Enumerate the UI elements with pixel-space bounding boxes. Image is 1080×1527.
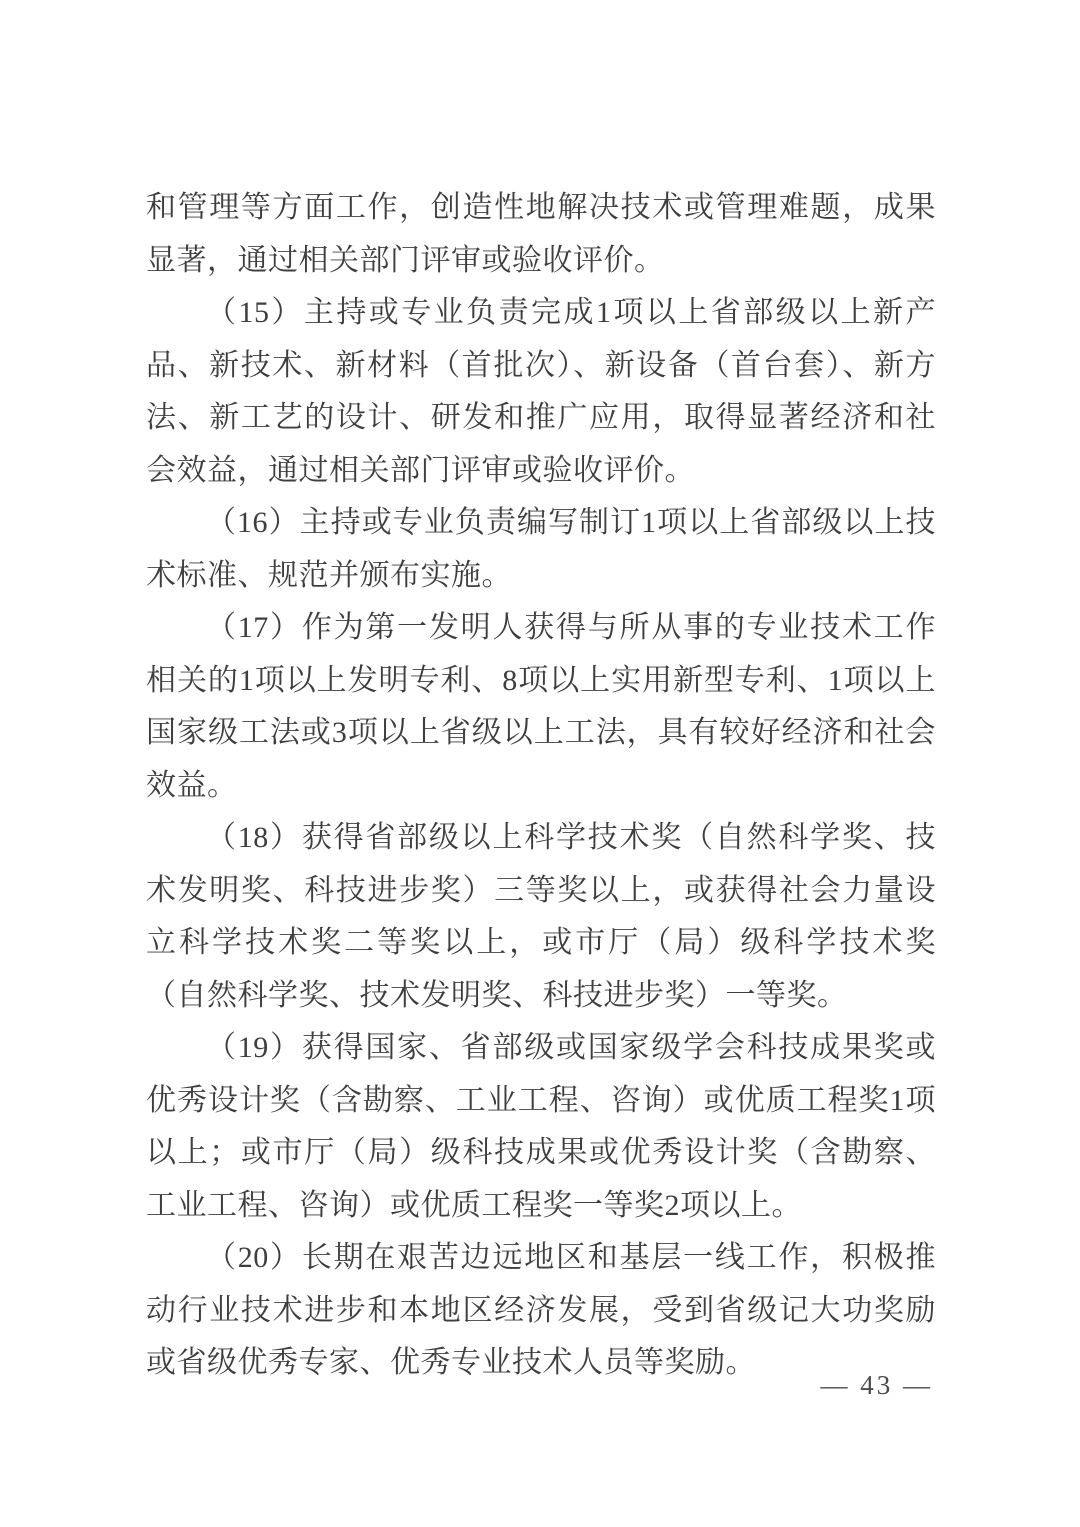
page-footer: — 43 — xyxy=(821,1370,934,1400)
paragraph-item-18: （18）获得省部级以上科学技术奖（自然科学奖、技术发明奖、科技进步奖）三等奖以上… xyxy=(146,812,936,1022)
paragraph-item-16: （16）主持或专业负责编写制订1项以上省部级以上技术标准、规范并颁布实施。 xyxy=(146,497,936,602)
paragraph-item-17: （17）作为第一发明人获得与所从事的专业技术工作相关的1项以上发明专利、8项以上… xyxy=(146,602,936,812)
document-body: 和管理等方面工作，创造性地解决技术或管理难题，成果显著，通过相关部门评审或验收评… xyxy=(146,182,936,1390)
paragraph-item-20: （20）长期在艰苦边远地区和基层一线工作，积极推动行业技术进步和本地区经济发展，… xyxy=(146,1232,936,1390)
paragraph-item-19: （19）获得国家、省部级或国家级学会科技成果奖或优秀设计奖（含勘察、工业工程、咨… xyxy=(146,1022,936,1232)
paragraph-continuation: 和管理等方面工作，创造性地解决技术或管理难题，成果显著，通过相关部门评审或验收评… xyxy=(146,182,936,287)
page-number: — 43 — xyxy=(821,1370,934,1400)
paragraph-item-15: （15）主持或专业负责完成1项以上省部级以上新产品、新技术、新材料（首批次）、新… xyxy=(146,287,936,497)
document-page: 和管理等方面工作，创造性地解决技术或管理难题，成果显著，通过相关部门评审或验收评… xyxy=(0,0,1080,1527)
